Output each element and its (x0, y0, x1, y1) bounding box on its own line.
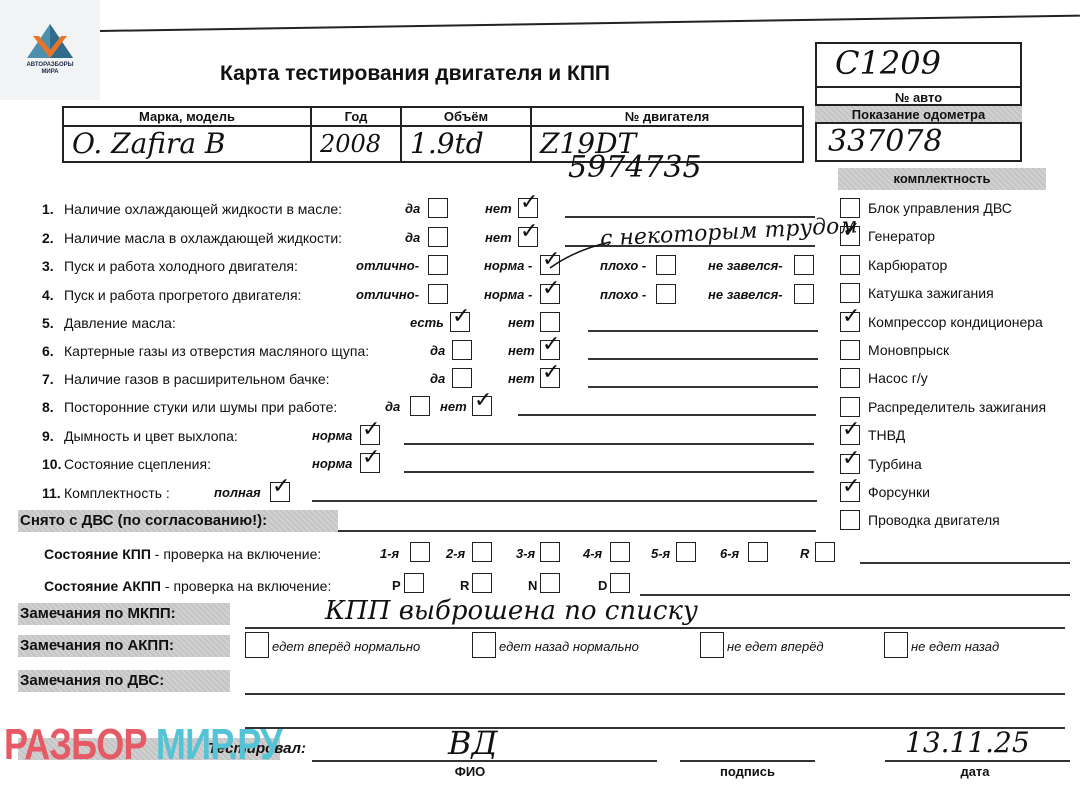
mkpp-remarks-label: Замечания по МКПП: (18, 603, 230, 625)
option-label: нет (508, 370, 535, 388)
odometer-label: Показание одометра (815, 106, 1022, 124)
kpp-label-bold: Состояние КПП (44, 546, 151, 562)
checkmark-icon: ✓ (452, 306, 470, 328)
option-checkbox[interactable]: ✓ (518, 198, 538, 218)
question-row: 1.Наличие охлаждающей жидкости в масле: (42, 200, 342, 218)
komplektnost-item-label: Проводка двигателя (868, 511, 1000, 529)
checkmark-icon: ✓ (272, 476, 290, 498)
komplektnost-checkbox[interactable] (840, 283, 860, 303)
question-row: 3.Пуск и работа холодного двигателя: (42, 257, 298, 275)
option-label: плохо - (600, 286, 646, 304)
removed-line[interactable] (338, 530, 816, 532)
year-value[interactable]: 2008 (311, 126, 401, 162)
option-label: нет (440, 398, 467, 416)
gear-checkbox[interactable] (815, 542, 835, 562)
checkmark-icon: ✓ (542, 334, 560, 356)
akpp-remark-checkbox[interactable] (884, 632, 908, 658)
komplektnost-checkbox[interactable] (840, 255, 860, 275)
komplektnost-checkbox[interactable]: ✓ (840, 312, 860, 332)
question-note-line[interactable] (588, 386, 818, 388)
akpp-mode-label: N (528, 578, 537, 593)
watermark-part2: МИР.РУ (156, 720, 282, 769)
col-make-model: Марка, модель (63, 107, 311, 126)
komplektnost-checkbox[interactable]: ✓ (840, 425, 860, 445)
question-text: Наличие охлаждающей жидкости в масле: (64, 201, 342, 217)
checkmark-icon: ✓ (842, 306, 860, 328)
question-row: 4.Пуск и работа прогретого двигателя: (42, 286, 301, 304)
dvs-remarks-label: Замечания по ДВС: (18, 670, 230, 692)
top-border-line (100, 15, 1080, 32)
question-text: Наличие масла в охлаждающей жидкости: (64, 230, 342, 246)
sign-label: подпись (700, 764, 795, 779)
option-label: нет (508, 342, 535, 360)
gear-checkbox[interactable] (748, 542, 768, 562)
question-number: 1. (42, 200, 64, 218)
question-text: Пуск и работа прогретого двигателя: (64, 287, 301, 303)
car-number-value[interactable]: C1209 (835, 44, 941, 82)
option-label: да (405, 200, 420, 218)
akpp-remark-label: едет вперёд нормально (272, 638, 420, 656)
question-note-line[interactable] (588, 330, 818, 332)
komplektnost-item-label: Компрессор кондиционера (868, 313, 1043, 331)
mountain-check-logo-icon (27, 24, 73, 58)
question-text: Наличие газов в расширительном бачке: (64, 371, 330, 387)
option-checkbox[interactable]: ✓ (540, 340, 560, 360)
gear-checkbox[interactable] (676, 542, 696, 562)
option-label: норма - (484, 286, 532, 304)
komplektnost-item-label: Карбюратор (868, 256, 947, 274)
akpp-label: Состояние АКПП - проверка на включение: (44, 577, 331, 595)
option-checkbox[interactable]: ✓ (540, 368, 560, 388)
gear-label: 5-я (651, 546, 670, 561)
akpp-remark-checkbox[interactable] (245, 632, 269, 658)
question-row: 5.Давление масла: (42, 314, 176, 332)
question-text: Дымность и цвет выхлопа: (64, 428, 238, 444)
option-label: отлично- (356, 257, 419, 275)
option-label: да (405, 229, 420, 247)
checkmark-icon: ✓ (842, 448, 860, 470)
option-label: норма (312, 427, 352, 445)
gear-label: 1-я (380, 546, 399, 561)
page-title: Карта тестирования двигателя и КПП (220, 62, 610, 86)
option-label: нет (508, 314, 535, 332)
col-engine-number: № двигателя (531, 107, 803, 126)
col-year: Год (311, 107, 401, 126)
option-label: нет (485, 200, 512, 218)
akpp-label-rest: - проверка на включение: (161, 578, 331, 594)
komplektnost-item-label: Генератор (868, 227, 935, 245)
option-label: нет (485, 229, 512, 247)
komplektnost-header: комплектность (838, 168, 1046, 190)
question-number: 10. (42, 455, 64, 473)
gear-label: 4-я (583, 546, 602, 561)
option-checkbox[interactable] (540, 312, 560, 332)
question-number: 11. (42, 484, 64, 502)
option-checkbox[interactable] (452, 368, 472, 388)
question-note-line[interactable] (404, 471, 814, 473)
option-label: не завелся- (708, 286, 783, 304)
checkmark-icon: ✓ (520, 221, 538, 243)
option-checkbox[interactable]: ✓ (360, 425, 380, 445)
question-row: 10.Состояние сцепления: (42, 455, 211, 473)
komplektnost-item-label: Турбина (868, 455, 922, 473)
checkmark-icon: ✓ (362, 447, 380, 469)
option-label: норма - (484, 257, 532, 275)
option-label: не завелся- (708, 257, 783, 275)
question-note-line[interactable] (312, 500, 817, 502)
gear-label: R (800, 546, 809, 561)
option-label: да (430, 342, 445, 360)
question-row: 2.Наличие масла в охлаждающей жидкости: (42, 229, 342, 247)
option-checkbox[interactable] (428, 227, 448, 247)
fio-value[interactable]: ВД (448, 724, 498, 762)
dvs-remarks-line[interactable] (245, 693, 1065, 695)
make-model-value[interactable]: O. Zafira B (63, 126, 311, 162)
option-checkbox[interactable] (656, 255, 676, 275)
akpp-mode-label: P (392, 578, 401, 593)
col-volume: Объём (401, 107, 531, 126)
question-row: 11.Комплектность : (42, 484, 170, 502)
question-text: Посторонние стуки или шумы при работе: (64, 399, 337, 415)
option-checkbox[interactable] (794, 284, 814, 304)
option-label: да (385, 398, 400, 416)
mkpp-remarks-line (245, 627, 1065, 629)
komplektnost-checkbox[interactable] (840, 368, 860, 388)
akpp-mode-label: R (460, 578, 469, 593)
checkmark-icon: ✓ (362, 419, 380, 441)
akpp-remark-checkbox[interactable] (700, 632, 724, 658)
komplektnost-item-label: Распределитель зажигания (868, 398, 1046, 416)
question-number: 8. (42, 398, 64, 416)
question-text: Пуск и работа холодного двигателя: (64, 258, 298, 274)
option-checkbox[interactable] (452, 340, 472, 360)
question-text: Комплектность : (64, 485, 170, 501)
question-row: 9.Дымность и цвет выхлопа: (42, 427, 238, 445)
mkpp-remarks-value[interactable]: КПП выброшена по списку (325, 596, 698, 626)
gear-label: 3-я (516, 546, 535, 561)
komplektnost-item-label: Насос г/у (868, 369, 928, 387)
akpp-label-bold: Состояние АКПП (44, 578, 161, 594)
checkmark-icon: ✓ (542, 278, 560, 300)
option-checkbox[interactable] (428, 198, 448, 218)
komplektnost-item-label: Форсунки (868, 483, 930, 501)
option-label: есть (410, 314, 444, 332)
komplektnost-checkbox[interactable]: ✓ (840, 482, 860, 502)
komplektnost-checkbox[interactable]: ✓ (840, 454, 860, 474)
option-label: норма (312, 455, 352, 473)
car-number-label: № авто (815, 86, 1022, 106)
komplektnost-checkbox[interactable] (840, 340, 860, 360)
option-checkbox[interactable] (428, 284, 448, 304)
kpp-note-line[interactable] (860, 562, 1070, 564)
akpp-mode-checkbox[interactable] (540, 573, 560, 593)
akpp-mode-checkbox[interactable] (610, 573, 630, 593)
gear-label: 2-я (446, 546, 465, 561)
komplektnost-checkbox[interactable] (840, 510, 860, 530)
gear-checkbox[interactable] (410, 542, 430, 562)
komplektnost-item-label: ТНВД (868, 426, 905, 444)
checkmark-icon: ✓ (842, 476, 860, 498)
logo-line1: АВТОРАЗБОРЫ (0, 62, 100, 69)
question-row: 7.Наличие газов в расширительном бачке: (42, 370, 330, 388)
option-checkbox[interactable] (428, 255, 448, 275)
question-text: Давление масла: (64, 315, 176, 331)
gear-checkbox[interactable] (472, 542, 492, 562)
gear-checkbox[interactable] (540, 542, 560, 562)
checkmark-icon: ✓ (842, 419, 860, 441)
akpp-mode-label: D (598, 578, 607, 593)
question-note-line[interactable] (404, 443, 814, 445)
option-checkbox[interactable] (656, 284, 676, 304)
option-label: да (430, 370, 445, 388)
checkmark-icon: ✓ (542, 362, 560, 384)
volume-value[interactable]: 1.9td (401, 126, 531, 162)
option-checkbox[interactable] (794, 255, 814, 275)
question-text: Состояние сцепления: (64, 456, 211, 472)
option-label: отлично- (356, 286, 419, 304)
removed-label: Снято с ДВС (по согласованию!): (18, 510, 338, 532)
komplektnost-item-label: Катушка зажигания (868, 284, 994, 302)
note-arrow-stroke (545, 240, 615, 270)
date-value[interactable]: 13.11.25 (905, 726, 1030, 759)
option-checkbox[interactable]: ✓ (450, 312, 470, 332)
checkmark-icon: ✓ (520, 192, 538, 214)
akpp-remark-checkbox[interactable] (472, 632, 496, 658)
question-row: 8.Посторонние стуки или шумы при работе: (42, 398, 337, 416)
question-text: Картерные газы из отверстия масляного щу… (64, 343, 369, 359)
akpp-remark-label: не едет назад (911, 638, 999, 656)
watermark: РАЗБОР МИР.РУ (4, 720, 282, 770)
question-number: 7. (42, 370, 64, 388)
date-line (885, 760, 1070, 762)
logo-line2: МИРА (0, 69, 100, 76)
option-checkbox[interactable]: ✓ (270, 482, 290, 502)
question-number: 5. (42, 314, 64, 332)
question-number: 2. (42, 229, 64, 247)
komplektnost-checkbox[interactable] (840, 397, 860, 417)
sign-line[interactable] (680, 760, 815, 762)
komplektnost-item-label: Моновпрыск (868, 341, 949, 359)
akpp-mode-checkbox[interactable] (472, 573, 492, 593)
question-number: 6. (42, 342, 64, 360)
option-checkbox[interactable]: ✓ (518, 227, 538, 247)
akpp-note-line[interactable] (640, 594, 1070, 596)
kpp-label: Состояние КПП - проверка на включение: (44, 545, 321, 563)
option-checkbox[interactable] (410, 396, 430, 416)
engine-serial-value[interactable]: 5974735 (568, 150, 702, 185)
kpp-label-rest: - проверка на включение: (151, 546, 321, 562)
akpp-remarks-label: Замечания по АКПП: (18, 635, 230, 657)
question-note-line[interactable] (518, 414, 816, 416)
option-checkbox[interactable]: ✓ (540, 284, 560, 304)
question-note-line[interactable] (588, 358, 818, 360)
checkmark-icon: ✓ (474, 390, 492, 412)
date-label: дата (945, 764, 1005, 779)
option-label: полная (214, 484, 261, 502)
question-row: 6.Картерные газы из отверстия масляного … (42, 342, 369, 360)
gear-checkbox[interactable] (610, 542, 630, 562)
gear-label: 6-я (720, 546, 739, 561)
akpp-mode-checkbox[interactable] (404, 573, 424, 593)
logo: АВТОРАЗБОРЫ МИРА (0, 0, 100, 100)
question-number: 4. (42, 286, 64, 304)
option-checkbox[interactable]: ✓ (472, 396, 492, 416)
komplektnost-item-label: Блок управления ДВС (868, 199, 1012, 217)
akpp-remark-label: едет назад нормально (499, 638, 639, 656)
fio-label: ФИО (440, 764, 500, 779)
watermark-part1: РАЗБОР (4, 720, 156, 769)
question-number: 3. (42, 257, 64, 275)
question-number: 9. (42, 427, 64, 445)
option-checkbox[interactable]: ✓ (360, 453, 380, 473)
akpp-remark-label: не едет вперёд (727, 638, 824, 656)
odometer-value[interactable]: 337078 (828, 124, 943, 159)
